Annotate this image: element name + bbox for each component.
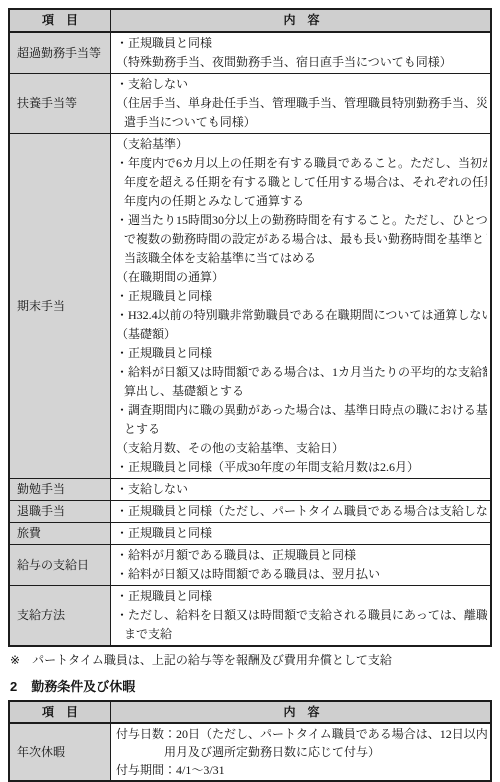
- row-item-cell: 支給方法: [10, 586, 111, 645]
- row-item-label: 超過勤務手当等: [17, 46, 101, 61]
- content-line: ・正規職員と同様: [116, 344, 487, 363]
- row-item-label: 退職手当: [17, 504, 65, 519]
- salary-allowance-table: 項 目内 容超過勤務手当等・正規職員と同様（特殊勤務手当、夜間勤務手当、宿日直手…: [8, 8, 492, 647]
- row-item-cell: 勤勉手当: [10, 479, 111, 500]
- content-line: ・正規職員と同様: [116, 34, 487, 53]
- row-item-label: 給与の支給日: [17, 558, 89, 573]
- content-line: ・ただし、給料を日額又は時間額で支給される職員にあっては、離職の日: [116, 606, 487, 625]
- table-row: 旅費・正規職員と同様: [10, 522, 490, 544]
- table-header-row: 項 目内 容: [10, 702, 490, 724]
- content-column-header: 内 容: [111, 10, 490, 31]
- table-row: 給与の支給日・給料が月額である職員は、正規職員と同様・給料が日額又は時間額である…: [10, 544, 490, 585]
- content-line: 遣手当についても同様）: [124, 113, 487, 132]
- table-row: 退職手当・正規職員と同様（ただし、パートタイム職員である場合は支給しない）: [10, 500, 490, 522]
- row-item-cell: 旅費: [10, 523, 111, 544]
- content-line: （在職期間の通算）: [116, 268, 487, 287]
- content-line: ・正規職員と同様: [116, 287, 487, 306]
- row-content-cell: ・正規職員と同様（ただし、パートタイム職員である場合は支給しない）: [111, 501, 490, 522]
- row-content-cell: ・支給しない: [111, 479, 490, 500]
- content-line: 付与日数：20日（ただし、パートタイム職員である場合は、12日以内で任: [116, 725, 487, 743]
- content-line: とする: [124, 420, 487, 439]
- content-line: （支給基準）: [116, 135, 487, 154]
- footnote: ※パートタイム職員は、上記の給与等を報酬及び費用弁償として支給: [10, 651, 492, 670]
- content-line: 算出し、基礎額とする: [124, 382, 487, 401]
- row-item-label: 扶養手当等: [17, 96, 77, 111]
- row-item-cell: 年次休暇: [10, 724, 111, 780]
- section-title: 勤務条件及び休暇: [31, 679, 135, 694]
- row-item-label: 年次休暇: [17, 745, 65, 760]
- row-content-cell: ・給料が月額である職員は、正規職員と同様・給料が日額又は時間額である職員は、翌月…: [111, 545, 490, 585]
- content-line: （特殊勤務手当、夜間勤務手当、宿日直手当についても同様）: [116, 53, 487, 72]
- document-page: 項 目内 容超過勤務手当等・正規職員と同様（特殊勤務手当、夜間勤務手当、宿日直手…: [0, 0, 500, 782]
- content-line: まで支給: [124, 625, 487, 644]
- content-line: ・給料が日額又は時間額である職員は、翌月払い: [116, 565, 487, 584]
- content-column-header: 内 容: [111, 702, 490, 722]
- item-column-header: 項 目: [10, 702, 111, 722]
- table-row: 超過勤務手当等・正規職員と同様（特殊勤務手当、夜間勤務手当、宿日直手当についても…: [10, 33, 490, 73]
- content-line: 年度内の任期とみなして通算する: [124, 192, 487, 211]
- content-line: （基礎額）: [116, 325, 487, 344]
- content-line: ・正規職員と同様: [116, 524, 487, 543]
- content-line: ・正規職員と同様（平成30年度の年間支給月数は2.6月）: [116, 458, 487, 477]
- row-item-cell: 扶養手当等: [10, 74, 111, 133]
- row-item-cell: 給与の支給日: [10, 545, 111, 585]
- content-line: （住居手当、単身赴任手当、管理職手当、管理職員特別勤務手当、災害派: [116, 94, 487, 113]
- content-line: 用月及び週所定勤務日数に応じて付与）: [164, 743, 487, 761]
- table-row: 扶養手当等・支給しない（住居手当、単身赴任手当、管理職手当、管理職員特別勤務手当…: [10, 73, 490, 133]
- table-header-row: 項 目内 容: [10, 10, 490, 33]
- row-item-label: 勤勉手当: [17, 482, 65, 497]
- footnote-text: パートタイム職員は、上記の給与等を報酬及び費用弁償として支給: [32, 653, 392, 667]
- content-line: 当該職全体を支給基準に当てはめる: [124, 249, 487, 268]
- work-conditions-table: 項 目内 容年次休暇付与日数：20日（ただし、パートタイム職員である場合は、12…: [8, 700, 492, 782]
- content-line: 年度を超える任期を有する職として任用する場合は、それぞれの任期を: [124, 173, 487, 192]
- row-item-cell: 退職手当: [10, 501, 111, 522]
- table-row: 期末手当（支給基準）・年度内で6カ月以上の任期を有する職員であること。ただし、当…: [10, 133, 490, 478]
- content-line: ・支給しない: [116, 75, 487, 94]
- row-content-cell: 付与日数：20日（ただし、パートタイム職員である場合は、12日以内で任用月及び週…: [111, 724, 490, 780]
- row-item-cell: 超過勤務手当等: [10, 33, 111, 73]
- row-item-label: 期末手当: [17, 299, 65, 314]
- content-line: ・支給しない: [116, 480, 487, 499]
- content-line: （支給月数、その他の支給基準、支給日）: [116, 439, 487, 458]
- row-content-cell: ・正規職員と同様・ただし、給料を日額又は時間額で支給される職員にあっては、離職の…: [111, 586, 490, 645]
- content-line: ・給料が月額である職員は、正規職員と同様: [116, 546, 487, 565]
- row-content-cell: ・正規職員と同様（特殊勤務手当、夜間勤務手当、宿日直手当についても同様）: [111, 33, 490, 73]
- table-row: 年次休暇付与日数：20日（ただし、パートタイム職員である場合は、12日以内で任用…: [10, 724, 490, 780]
- row-content-cell: （支給基準）・年度内で6カ月以上の任期を有する職員であること。ただし、当初から年…: [111, 134, 490, 478]
- row-content-cell: ・正規職員と同様: [111, 523, 490, 544]
- footnote-marker: ※: [10, 653, 20, 667]
- content-line: ・調査期間内に職の異動があった場合は、基準日時点の職における基礎額: [116, 401, 487, 420]
- content-line: ・正規職員と同様（ただし、パートタイム職員である場合は支給しない）: [116, 502, 487, 521]
- content-line: ・H32.4以前の特別職非常勤職員である在職期間については通算しない: [116, 306, 487, 325]
- item-column-header: 項 目: [10, 10, 111, 31]
- table-row: 勤勉手当・支給しない: [10, 478, 490, 500]
- content-line: ・給料が日額又は時間額である場合は、1カ月当たりの平均的な支給額を: [116, 363, 487, 382]
- content-line: ・週当たり15時間30分以上の勤務時間を有すること。ただし、ひとつの職: [116, 211, 487, 230]
- row-content-cell: ・支給しない（住居手当、単身赴任手当、管理職手当、管理職員特別勤務手当、災害派遣…: [111, 74, 490, 133]
- content-line: 付与期間：4/1～3/31: [116, 761, 487, 779]
- row-item-label: 支給方法: [17, 608, 65, 623]
- table-row: 支給方法・正規職員と同様・ただし、給料を日額又は時間額で支給される職員にあっては…: [10, 585, 490, 645]
- content-line: で複数の勤務時間の設定がある場合は、最も長い勤務時間を基準として: [124, 230, 487, 249]
- content-line: ・正規職員と同様: [116, 587, 487, 606]
- section-heading: 2勤務条件及び休暇: [10, 678, 492, 696]
- section-number: 2: [10, 679, 17, 694]
- row-item-cell: 期末手当: [10, 134, 111, 478]
- row-item-label: 旅費: [17, 526, 41, 541]
- content-line: ・年度内で6カ月以上の任期を有する職員であること。ただし、当初から: [116, 154, 487, 173]
